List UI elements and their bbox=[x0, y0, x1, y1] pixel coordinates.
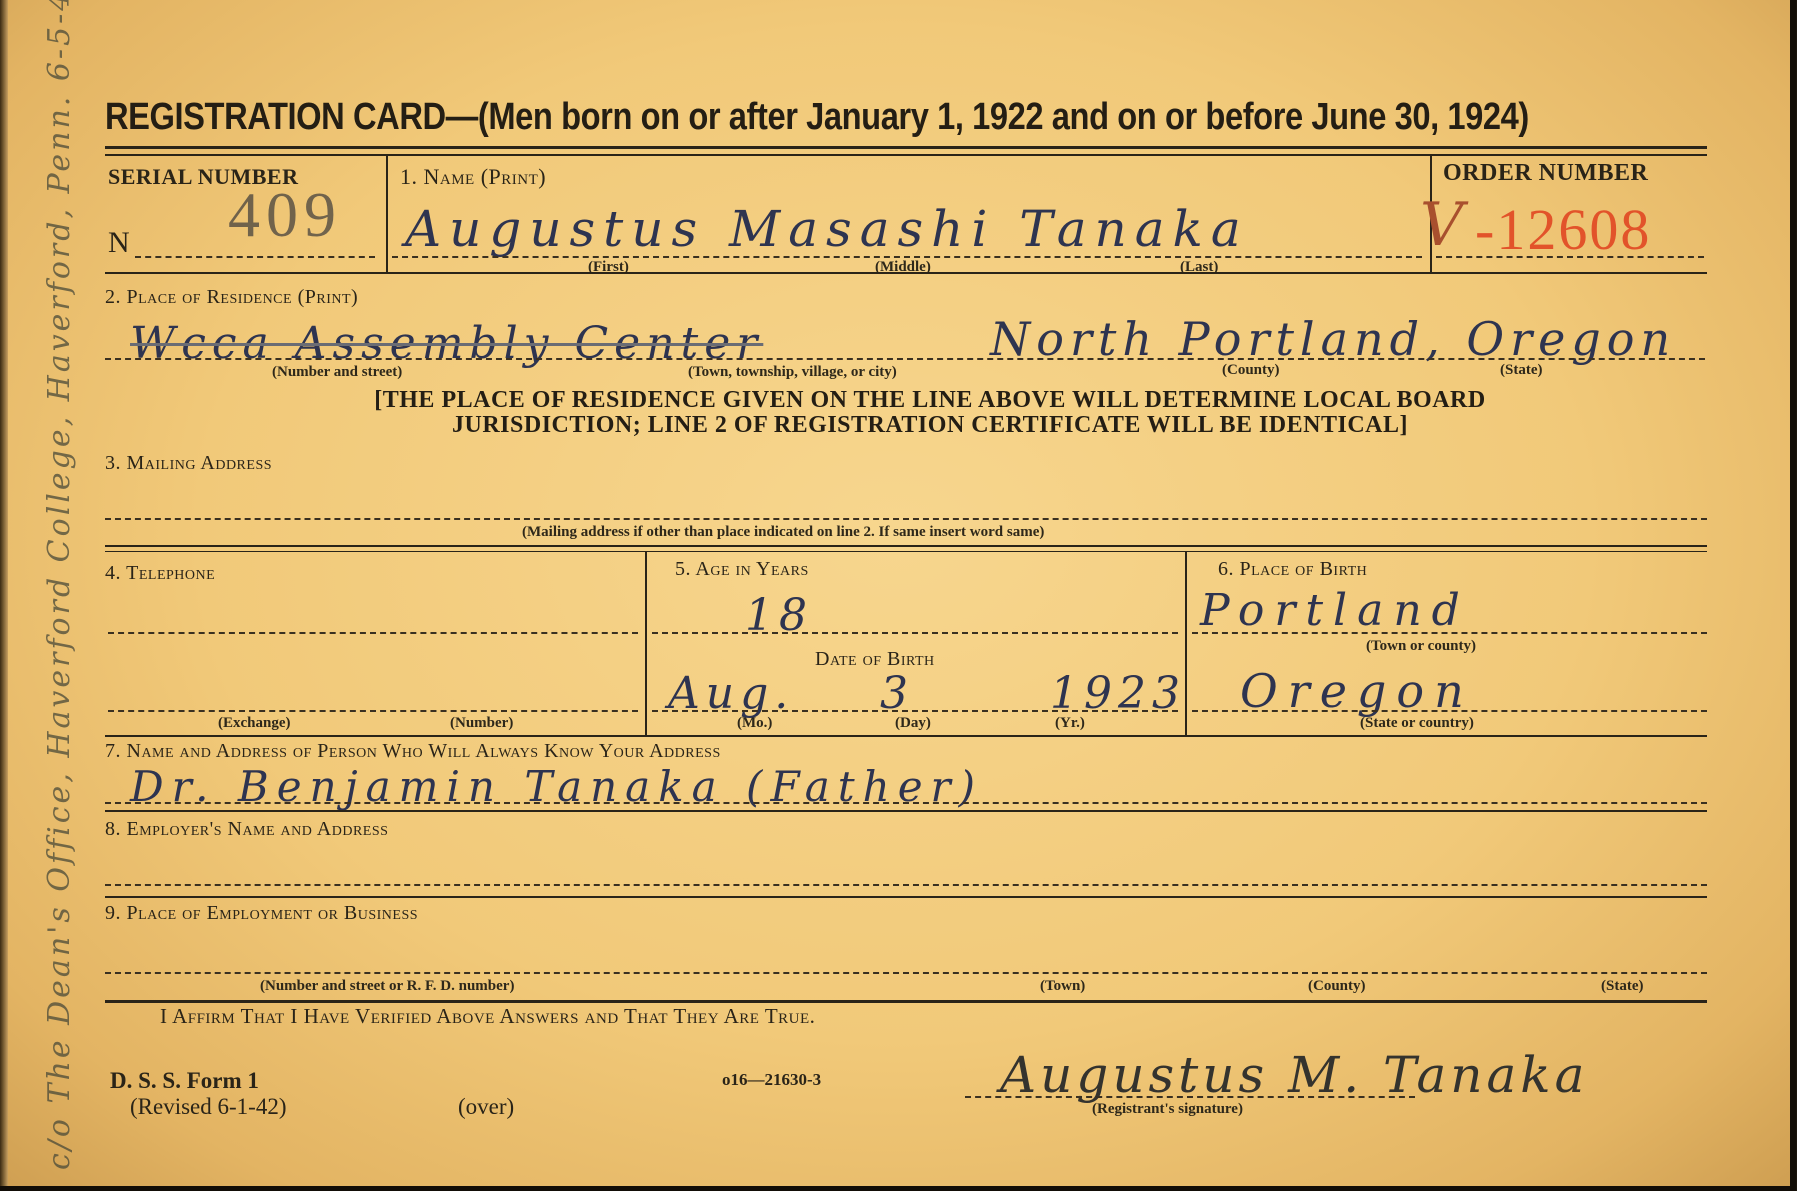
mailing-address-note: (Mailing address if other than place ind… bbox=[522, 524, 1044, 541]
header-bottom-rule bbox=[105, 272, 1707, 274]
employment-place-line[interactable] bbox=[105, 972, 1707, 974]
age-label: 5. Age in Years bbox=[675, 558, 809, 581]
residence-county-label: (County) bbox=[1222, 362, 1280, 379]
employment-county-label: (County) bbox=[1308, 978, 1366, 995]
birthplace-label: 6. Place of Birth bbox=[1218, 558, 1367, 581]
employer-bottom-rule bbox=[105, 896, 1707, 898]
form-name: D. S. S. Form 1 bbox=[110, 1068, 259, 1094]
order-line bbox=[1436, 256, 1704, 258]
card-edge bbox=[0, 0, 8, 1186]
signature-line bbox=[965, 1096, 1415, 1098]
print-code: o16—21630-3 bbox=[722, 1070, 821, 1090]
row4-bottom-rule bbox=[105, 735, 1707, 737]
residence-street-label: (Number and street) bbox=[272, 364, 402, 381]
jurisdiction-notice-line1: [THE PLACE OF RESIDENCE GIVEN ON THE LIN… bbox=[200, 387, 1660, 414]
serial-divider bbox=[386, 156, 388, 272]
contact-bottom-rule bbox=[105, 810, 1707, 812]
contact-label: 7. Name and Address of Person Who Will A… bbox=[105, 740, 721, 763]
employment-town-label: (Town) bbox=[1040, 978, 1085, 995]
card-title: REGISTRATION CARD—(Men born on or after … bbox=[105, 96, 1529, 139]
residence-street-value[interactable]: Wcca Assembly Center bbox=[130, 318, 763, 369]
age-divider bbox=[645, 552, 647, 735]
birthplace-town-label: (Town or county) bbox=[1366, 638, 1476, 655]
telephone-label: 4. Telephone bbox=[105, 562, 215, 585]
margin-note: c/o The Dean's Office, Haverford College… bbox=[42, 0, 77, 1170]
signature-label: (Registrant's signature) bbox=[1092, 1101, 1243, 1118]
residence-label: 2. Place of Residence (Print) bbox=[105, 286, 358, 309]
over-note: (over) bbox=[458, 1094, 514, 1120]
telephone-exchange-label: (Exchange) bbox=[218, 715, 291, 732]
name-value[interactable]: Augustus Masashi Tanaka bbox=[405, 200, 1249, 258]
mailing-bottom-rule-1 bbox=[105, 545, 1707, 547]
order-number-label: ORDER NUMBER bbox=[1443, 160, 1648, 187]
residence-line bbox=[105, 358, 1705, 360]
telephone-line-1[interactable] bbox=[108, 632, 638, 634]
dob-line bbox=[652, 710, 1178, 712]
employment-bottom-rule bbox=[105, 1000, 1707, 1003]
registration-card: c/o The Dean's Office, Haverford College… bbox=[0, 0, 1796, 1191]
mailing-address-line[interactable] bbox=[105, 518, 1707, 520]
affirmation-text: I Affirm That I Have Verified Above Answ… bbox=[160, 1004, 815, 1029]
mailing-address-label: 3. Mailing Address bbox=[105, 452, 272, 475]
birthplace-town-line bbox=[1192, 632, 1707, 634]
jurisdiction-notice-line2: JURISDICTION; LINE 2 OF REGISTRATION CER… bbox=[200, 412, 1660, 439]
employment-street-label: (Number and street or R. F. D. number) bbox=[260, 978, 514, 995]
employment-place-label: 9. Place of Employment or Business bbox=[105, 902, 418, 925]
dob-month-label: (Mo.) bbox=[737, 715, 772, 732]
employer-line[interactable] bbox=[105, 884, 1707, 886]
form-revised: (Revised 6-1-42) bbox=[130, 1094, 287, 1120]
mailing-bottom-rule-2 bbox=[105, 551, 1707, 552]
serial-number-value: 409 bbox=[228, 178, 342, 252]
telephone-line-2[interactable] bbox=[108, 710, 638, 712]
dob-year-label: (Yr.) bbox=[1055, 715, 1085, 732]
residence-state-label: (State) bbox=[1500, 362, 1542, 379]
residence-town-label: (Town, township, village, or city) bbox=[688, 364, 897, 381]
contact-line bbox=[105, 802, 1707, 804]
title-rule-top bbox=[105, 146, 1707, 149]
birthplace-state-label: (State or country) bbox=[1360, 715, 1474, 732]
age-line bbox=[652, 632, 1178, 634]
name-label: 1. Name (Print) bbox=[400, 164, 546, 190]
employment-state-label: (State) bbox=[1601, 978, 1643, 995]
birthplace-town-value[interactable]: Portland bbox=[1200, 585, 1470, 636]
order-checkmark: V bbox=[1420, 190, 1463, 260]
serial-line bbox=[135, 256, 375, 258]
telephone-number-label: (Number) bbox=[450, 715, 513, 732]
order-number-value[interactable]: -12608 bbox=[1475, 196, 1651, 263]
dob-day-label: (Day) bbox=[895, 715, 931, 732]
serial-prefix: N bbox=[108, 226, 130, 260]
employer-label: 8. Employer's Name and Address bbox=[105, 818, 388, 841]
date-of-birth-label: Date of Birth bbox=[815, 648, 935, 671]
birthplace-divider bbox=[1185, 552, 1187, 735]
title-rule-bottom bbox=[105, 154, 1707, 156]
name-line bbox=[392, 256, 1422, 258]
birthplace-state-line bbox=[1192, 710, 1707, 712]
